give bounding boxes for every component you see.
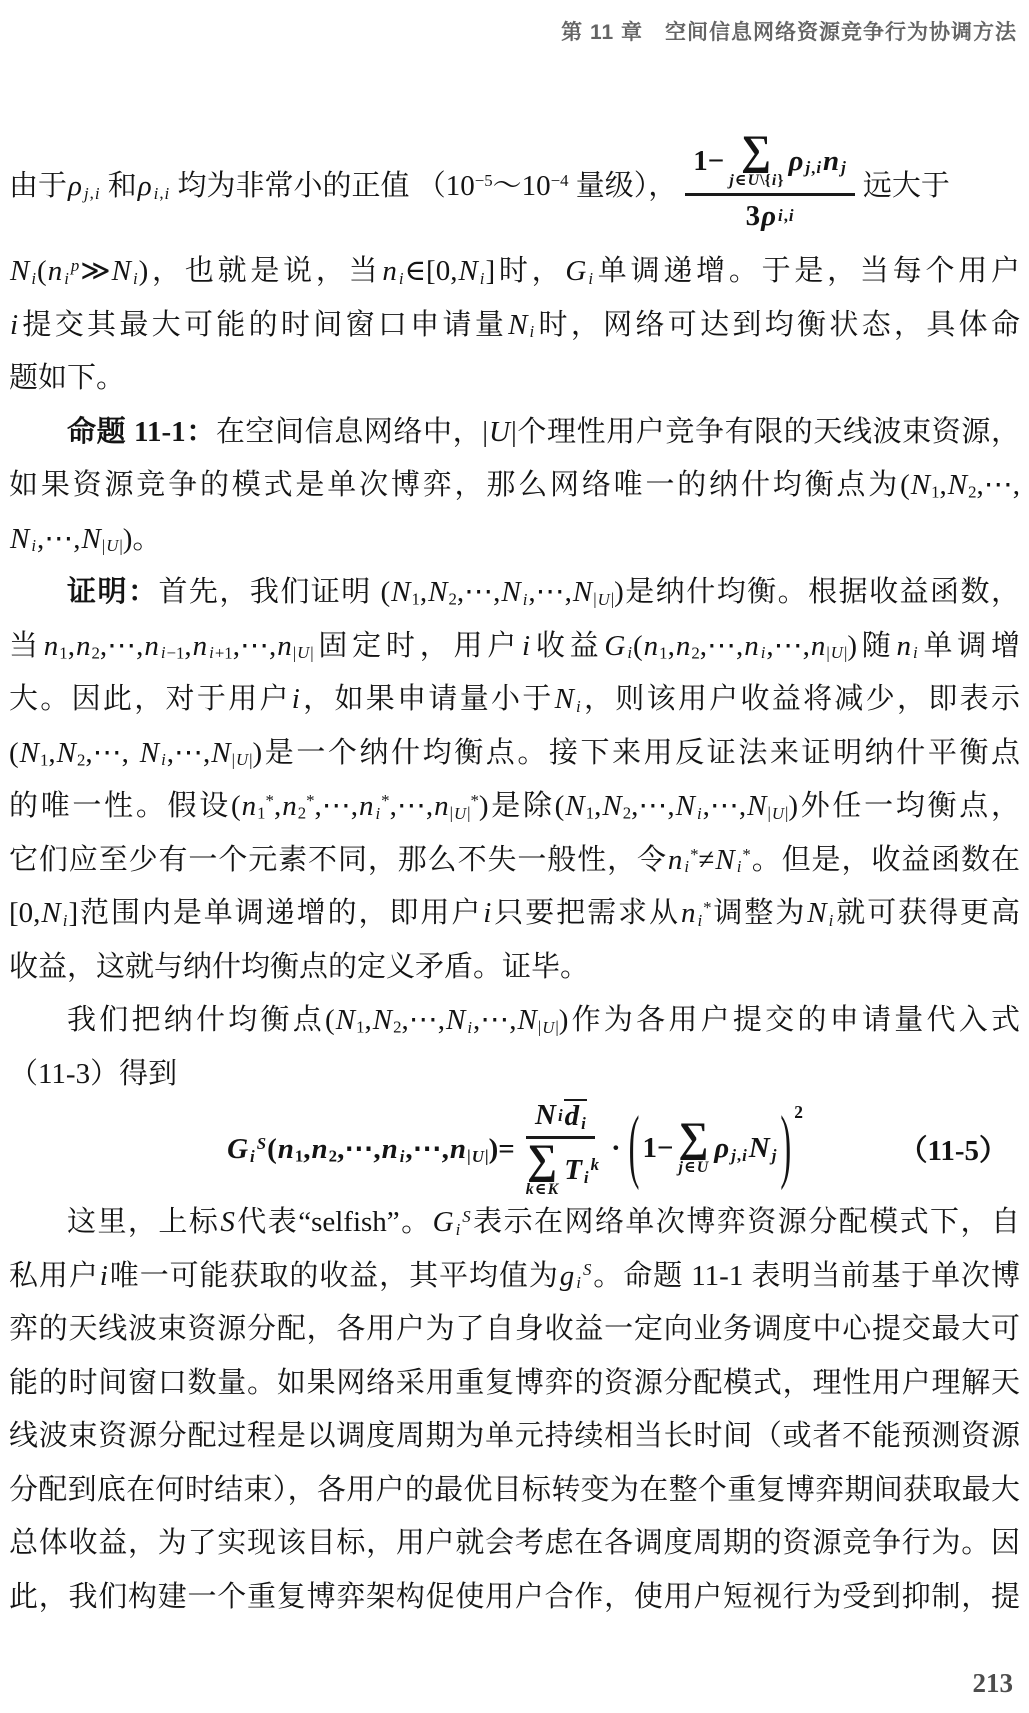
paragraph-proof: 证明：首先，我们证明 (N1,N2,⋯,Ni,⋯,N|U|)是纳什均衡。根据收益… bbox=[9, 566, 1020, 994]
page-number: 213 bbox=[973, 1668, 1014, 1699]
paragraph-discussion: 这里，上标S代表“selfish”。GiS表示在网络单次博弈资源分配模式下，自私… bbox=[9, 1196, 1020, 1624]
fraction-denominator: 3ρi,i bbox=[746, 196, 795, 233]
text-line: 题如下。 bbox=[9, 352, 1020, 406]
equation-numerator: Nidi bbox=[526, 1099, 595, 1139]
display-fraction: 1− ∑ j∈U\{i} ρj,inj 3ρi,i bbox=[685, 134, 855, 233]
paragraph-proposition-11-1: 命题 11-1：在空间信息网络中，|U|个理性用户竞争有限的天线波束资源，如果资… bbox=[9, 406, 1020, 567]
summation: ∑ j∈U bbox=[678, 1121, 710, 1176]
paragraph-lines: 证明：首先，我们证明 (N1,N2,⋯,Ni,⋯,N|U|)是纳什均衡。根据收益… bbox=[9, 566, 1020, 994]
paragraph-lines: Ni(nip≫Ni)，也就是说，当ni∈[0,Ni]时，Gi单调递增。于是，当每… bbox=[9, 245, 1020, 406]
text-line: 大。因此，对于用户i，如果申请量小于Ni，则该用户收益将减少，即表示 bbox=[9, 673, 1020, 727]
equation-fraction: Nidi ∑ k∈K Tik bbox=[521, 1099, 600, 1198]
sigma-symbol: ∑ bbox=[741, 134, 771, 170]
text-line: 弈的天线波束资源分配，各用户为了自身收益一定向业务调度中心提交最大可 bbox=[9, 1303, 1020, 1357]
denominator-text: Tik bbox=[563, 1154, 600, 1187]
page-body: 由于ρj,i 和ρi,i 均为非常小的正值 （10−5～10−4 量级）， 1−… bbox=[9, 122, 1020, 1624]
text-line: 它们应至少有一个元素不同，那么不失一般性，令ni*≠Ni*。但是，收益函数在 bbox=[9, 834, 1020, 888]
paragraph-lines: 这里，上标S代表“selfish”。GiS表示在网络单次博弈资源分配模式下，自私… bbox=[9, 1196, 1020, 1624]
text-line: (N1,N2,⋯, Ni,⋯,N|U|)是一个纳什均衡点。接下来用反证法来证明纳… bbox=[9, 727, 1020, 781]
text-line: 这里，上标S代表“selfish”。GiS表示在网络单次博弈资源分配模式下，自 bbox=[9, 1196, 1020, 1250]
text-line: [0,Ni]范围内是单调递增的，即用户i只要把需求从ni*调整为Ni就可获得更高 bbox=[9, 887, 1020, 941]
text-line: 此，我们构建一个重复博弈架构促使用户合作，使用户短视行为受到抑制，提 bbox=[9, 1571, 1020, 1625]
equation-inner-text: ρj,iNj bbox=[713, 1132, 777, 1165]
equation-inner-text: 1− bbox=[642, 1132, 673, 1165]
summation-limits: j∈U bbox=[678, 1160, 710, 1176]
text-line: 如果资源竞争的模式是单次博弈，那么网络唯一的纳什均衡点为(N1,N2,⋯, bbox=[9, 459, 1020, 513]
sigma-symbol: ∑ bbox=[527, 1143, 557, 1179]
equation-lhs: GiS(n1,n2,⋯,ni,⋯,n|U|)= bbox=[226, 1131, 515, 1166]
text-line: 线波束资源分配过程是以调度周期为单元持续相当长时间（或者不能预测资源 bbox=[9, 1410, 1020, 1464]
inline-text: 远大于 bbox=[863, 163, 950, 204]
equation-number: （11-5） bbox=[898, 1128, 1008, 1169]
exponent: 2 bbox=[794, 1102, 803, 1123]
paragraph-lines: 命题 11-1：在空间信息网络中，|U|个理性用户竞争有限的天线波束资源，如果资… bbox=[9, 406, 1020, 567]
text-line: 我们把纳什均衡点(N1,N2,⋯,Ni,⋯,N|U|)作为各用户提交的申请量代入… bbox=[9, 994, 1020, 1048]
text-line: 分配到底在何时结束），各用户的最优目标转变为在整个重复博弈期间获取最大 bbox=[9, 1464, 1020, 1518]
text-line: 私用户i唯一可能获取的收益，其平均值为giS。命题 11-1 表明当前基于单次博 bbox=[9, 1250, 1020, 1304]
numerator-text: ρj,inj bbox=[788, 145, 847, 178]
paragraph-lines: 我们把纳什均衡点(N1,N2,⋯,Ni,⋯,N|U|)作为各用户提交的申请量代入… bbox=[9, 994, 1020, 1101]
big-paren-open: ( bbox=[629, 1101, 640, 1195]
paragraph-intro: 由于ρj,i 和ρi,i 均为非常小的正值 （10−5～10−4 量级）， 1−… bbox=[9, 122, 1020, 406]
text-line: Ni(nip≫Ni)，也就是说，当ni∈[0,Ni]时，Gi单调递增。于是，当每… bbox=[9, 245, 1020, 299]
summation-limits: k∈K bbox=[525, 1182, 559, 1198]
numerator-text: 1− bbox=[693, 145, 724, 178]
text-line: 当n1,n2,⋯,ni−1,ni+1,⋯,n|U|固定时，用户i收益Gi(n1,… bbox=[9, 620, 1020, 674]
text-line-with-fraction: 由于ρj,i 和ρi,i 均为非常小的正值 （10−5～10−4 量级）， 1−… bbox=[9, 122, 1020, 245]
text-line: 命题 11-1：在空间信息网络中，|U|个理性用户竞争有限的天线波束资源， bbox=[9, 406, 1020, 460]
equation-denominator: ∑ k∈K Tik bbox=[521, 1139, 600, 1198]
running-head: 第 11 章 空间信息网络资源竞争行为协调方法 bbox=[561, 16, 1017, 46]
text-line: 能的时间窗口数量。如果网络采用重复博弈的资源分配模式，理性用户理解天 bbox=[9, 1357, 1020, 1411]
big-paren-close: ) bbox=[780, 1101, 791, 1195]
inline-text: 由于ρj,i 和ρi,i 均为非常小的正值 （10−5～10−4 量级）， bbox=[9, 163, 677, 204]
text-line: （11-3）得到 bbox=[9, 1048, 1020, 1102]
summation-limits: j∈U\{i} bbox=[728, 173, 783, 189]
summation: ∑ k∈K bbox=[525, 1143, 559, 1198]
text-line: Ni,⋯,N|U|)。 bbox=[9, 513, 1020, 567]
sigma-symbol: ∑ bbox=[678, 1121, 708, 1157]
text-line: 的唯一性。假设(n1*,n2*,⋯,ni*,⋯,n|U|*)是除(N1,N2,⋯… bbox=[9, 780, 1020, 834]
fraction-numerator: 1− ∑ j∈U\{i} ρj,inj bbox=[685, 134, 855, 196]
equation-11-5: GiS(n1,n2,⋯,ni,⋯,n|U|)= Nidi ∑ k∈K Tik ·… bbox=[9, 1101, 1020, 1196]
text-line: 收益，这就与纳什均衡点的定义矛盾。证毕。 bbox=[9, 941, 1020, 995]
paragraph-substitution: 我们把纳什均衡点(N1,N2,⋯,Ni,⋯,N|U|)作为各用户提交的申请量代入… bbox=[9, 994, 1020, 1101]
multiplication-dot: · bbox=[611, 1132, 621, 1165]
text-line: 总体收益，为了实现该目标，用户就会考虑在各调度周期的资源竞争行为。因 bbox=[9, 1517, 1020, 1571]
text-line: i提交其最大可能的时间窗口申请量Ni时，网络可达到均衡状态，具体命 bbox=[9, 299, 1020, 353]
document-page: 第 11 章 空间信息网络资源竞争行为协调方法 由于ρj,i 和ρi,i 均为非… bbox=[0, 0, 1029, 1713]
summation: ∑ j∈U\{i} bbox=[728, 134, 783, 189]
text-line: 证明：首先，我们证明 (N1,N2,⋯,Ni,⋯,N|U|)是纳什均衡。根据收益… bbox=[9, 566, 1020, 620]
